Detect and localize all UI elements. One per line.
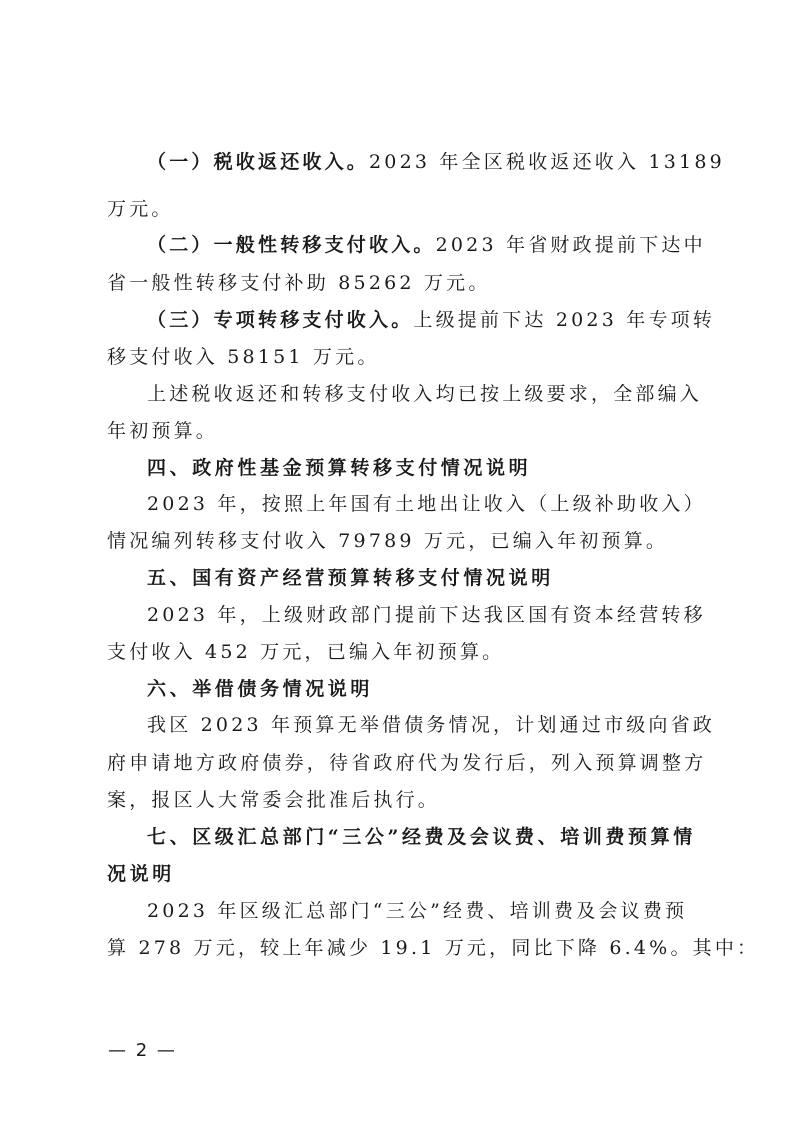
section-heading-7-cont: 况说明 — [107, 862, 175, 886]
text-line: 2023 年，按照上年国有土地出让收入（上级补助收入） — [147, 492, 706, 516]
text-line: 案，报区人大常委会批准后执行。 — [107, 788, 440, 812]
paragraph-special-transfer: （三）专项转移支付收入。上级提前下达 2023 年专项转 — [147, 308, 715, 332]
text-line: 万元。 — [107, 197, 174, 221]
text-line: 上述税收返还和转移支付收入均已按上级要求，全部编入 — [147, 382, 702, 406]
subheading-special-transfer: （三）专项转移支付收入。 — [147, 309, 413, 331]
text-line: 支付收入 452 万元，已编入年初预算。 — [107, 640, 504, 664]
text-line: 情况编列转移支付收入 79789 万元，已编入年初预算。 — [107, 529, 668, 553]
text-line: 2023 年，上级财政部门提前下达我区国有资本经营转移 — [147, 603, 706, 627]
text-line: 2023 年区级汇总部门“三公”经费、培训费及会议费预 — [147, 899, 687, 923]
section-heading-6: 六、举借债务情况说明 — [147, 677, 373, 701]
text-line: 府申请地方政府债券，待省政府代为发行后，列入预算调整方 — [107, 751, 706, 775]
text-line: 省一般性转移支付补助 85262 万元。 — [107, 271, 491, 295]
page-number: — 2 — — [108, 1040, 177, 1061]
subheading-tax-return: （一）税收返还收入。 — [147, 151, 369, 173]
section-heading-4: 四、政府性基金预算转移支付情况说明 — [147, 456, 531, 480]
text-line: 年初预算。 — [107, 419, 218, 443]
text-line: 算 278 万元，较上年减少 19.1 万元，同比下降 6.4%。其中： — [107, 936, 759, 960]
section-heading-7: 七、区级汇总部门“三公”经费及会议费、培训费预算情 — [147, 825, 696, 849]
text-line: 我区 2023 年预算无举借债务情况，计划通过市级向省政 — [147, 713, 715, 737]
paragraph-tax-return: （一）税收返还收入。2023 年全区税收返还收入 13189 — [147, 150, 725, 174]
subheading-general-transfer: （二）一般性转移支付收入。 — [147, 234, 436, 256]
paragraph-general-transfer: （二）一般性转移支付收入。2023 年省财政提前下达中 — [147, 233, 706, 257]
section-heading-5: 五、国有资产经营预算转移支付情况说明 — [147, 566, 554, 590]
text-line: 移支付收入 58151 万元。 — [107, 345, 380, 369]
